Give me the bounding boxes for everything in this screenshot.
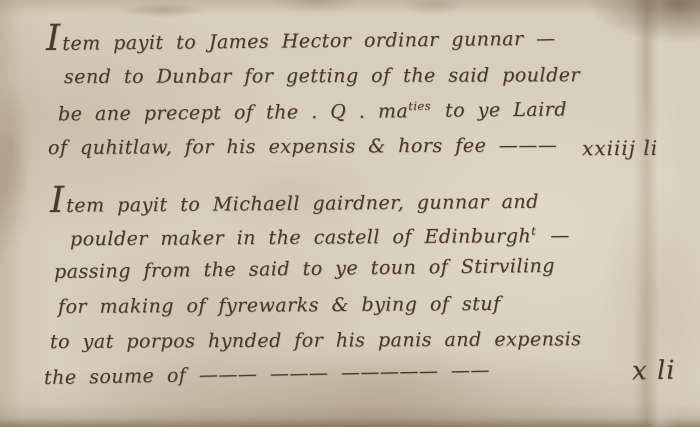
manuscript-line: the soume of ——— ——— ————— —— [44, 360, 490, 389]
manuscript-line: for making of fyrewarks & bying of stuf [58, 294, 501, 318]
manuscript-line: poulder maker in the castell of Edinburg… [70, 225, 570, 251]
manuscript-line: Item payit to Michaell gairdner, gunnar … [50, 188, 539, 217]
manuscript-page: Item payit to James Hector ordinar gunna… [0, 0, 700, 427]
superscript-abbreviation: t [531, 224, 536, 238]
line-text: — [550, 225, 570, 247]
manuscript-line: passing from the said to ye toun of Stir… [54, 256, 555, 283]
entry-amount: x li [632, 356, 676, 387]
manuscript-line: to yat porpos hynded for his panis and e… [50, 329, 582, 353]
line-text: poulder maker in the castell of Edinburg… [70, 225, 531, 250]
account-entry-michael-gardiner: Item payit to Michaell gairdner, gunnar … [0, 0, 700, 427]
